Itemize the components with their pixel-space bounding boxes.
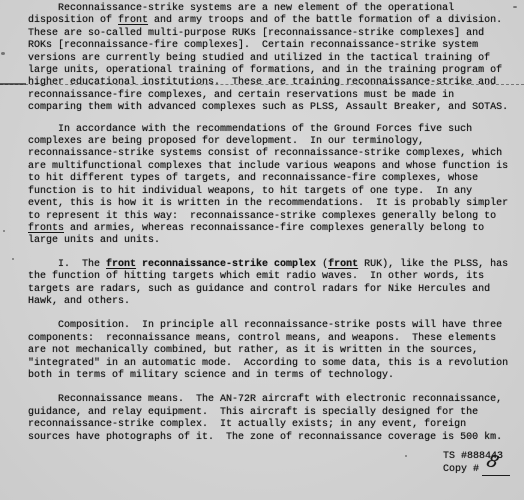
text-segment: Hawk, and others. <box>28 296 130 307</box>
scan-speck <box>513 6 517 8</box>
scan-speck <box>12 258 14 260</box>
text-segment: Composition. In principle all reconnaiss… <box>28 320 502 331</box>
text-line: targets are radars, such as guidance and… <box>28 284 520 296</box>
text-segment: guidance, and relay equipment. This airc… <box>28 407 478 418</box>
text-segment: higher educational institutions. These a… <box>28 77 496 88</box>
text-line: components: reconnaissance means, contro… <box>28 333 520 345</box>
scan-speck <box>3 230 5 232</box>
text-segment: Reconnaissance-strike systems are a new … <box>28 3 454 14</box>
text-segment: "integrated" in an automatic mode. Accor… <box>28 358 508 369</box>
paragraph: Reconnaissance means. The AN-72R aircraf… <box>28 394 520 444</box>
text-line: comparing them with advanced complexes s… <box>28 102 520 114</box>
text-line: Hawk, and others. <box>28 296 520 308</box>
underlined-text: front <box>118 15 148 26</box>
text-line: I. The front reconnaissance-strike compl… <box>28 259 520 271</box>
text-line: sources have photographs of it. The zone… <box>28 432 520 444</box>
copy-label: Copy # <box>443 463 479 476</box>
text-segment: These are so-called multi-purpose RUKs [… <box>28 28 484 39</box>
underlined-text: front <box>328 259 358 270</box>
text-segment: complexes are being proposed for develop… <box>28 136 424 147</box>
text-segment: I. The <box>28 259 106 270</box>
text-line: ROKs [reconnaissance-fire complexes]. Ce… <box>28 40 520 52</box>
text-line: to represent it this way: reconnaissance… <box>28 211 520 223</box>
text-segment: and armies, whereas reconnaissance-fire … <box>64 223 484 234</box>
text-line: reconnaissance-strike complex. It actual… <box>28 419 520 431</box>
text-segment: Reconnaissance means. The AN-72R aircraf… <box>28 394 502 405</box>
underlined-text: fronts <box>28 223 64 234</box>
text-line: versions are currently being studied and… <box>28 53 520 65</box>
text-line: complexes are being proposed for develop… <box>28 136 520 148</box>
text-segment: reconnaissance-strike complex <box>136 259 316 270</box>
text-segment: disposition of <box>28 15 118 26</box>
paragraph: I. The front reconnaissance-strike compl… <box>28 259 520 309</box>
text-line: are multifunctional complexes that inclu… <box>28 161 520 173</box>
text-line: function is to hit individual weapons, t… <box>28 186 520 198</box>
text-line: fronts and armies, whereas reconnaissanc… <box>28 223 520 235</box>
text-line: guidance, and relay equipment. This airc… <box>28 407 520 419</box>
text-segment: are not mechanically combined, but rathe… <box>28 345 478 356</box>
paragraph: In accordance with the recommendations o… <box>28 124 520 248</box>
text-line: reconnaissance-fire complexes, and certa… <box>28 90 520 102</box>
text-segment: comparing them with advanced complexes s… <box>28 102 508 113</box>
text-line: both in terms of military science and in… <box>28 370 520 382</box>
text-segment: sources have photographs of it. The zone… <box>28 432 502 443</box>
text-line: to hit different types of targets, and r… <box>28 173 520 185</box>
text-segment: both in terms of military science and in… <box>28 370 394 381</box>
text-segment: large units and units. <box>28 235 160 246</box>
underlined-text: front <box>106 259 136 270</box>
text-line: These are so-called multi-purpose RUKs [… <box>28 28 520 40</box>
text-segment: In accordance with the recommendations o… <box>28 124 472 135</box>
text-line: disposition of front and army troops and… <box>28 15 520 27</box>
text-segment: event, this is how it is written in the … <box>28 198 508 209</box>
text-line: Reconnaissance means. The AN-72R aircraf… <box>28 394 520 406</box>
document-text: Reconnaissance-strike systems are a new … <box>28 3 520 444</box>
text-segment: reconnaissance-fire complexes, and certa… <box>28 90 454 101</box>
text-segment: RUK), like the PLSS, has <box>358 259 508 270</box>
paragraph: Composition. In principle all reconnaiss… <box>28 320 520 382</box>
text-segment: targets are radars, such as guidance and… <box>28 284 490 295</box>
text-line: event, this is how it is written in the … <box>28 198 520 210</box>
text-line: reconnaissance-strike systems consist of… <box>28 148 520 160</box>
text-segment: ROKs [reconnaissance-fire complexes]. Ce… <box>28 40 478 51</box>
text-line: "integrated" in an automatic mode. Accor… <box>28 358 520 370</box>
text-segment: components: reconnaissance means, contro… <box>28 333 496 344</box>
text-segment: versions are currently being studied and… <box>28 53 490 64</box>
text-segment: and army troops and of the battle format… <box>148 15 502 26</box>
text-line-struck-through: higher educational institutions. These a… <box>28 77 520 89</box>
text-line: are not mechanically combined, but rathe… <box>28 345 520 357</box>
text-line: Composition. In principle all reconnaiss… <box>28 320 520 332</box>
text-line: Reconnaissance-strike systems are a new … <box>28 3 520 15</box>
text-segment: are multifunctional complexes that inclu… <box>28 161 508 172</box>
text-segment: reconnaissance-strike systems consist of… <box>28 148 502 159</box>
copy-row: Copy # 8 <box>443 463 510 476</box>
text-segment: function is to hit individual weapons, t… <box>28 186 472 197</box>
scan-speck <box>405 455 407 457</box>
text-line: the function of hitting targets which em… <box>28 271 520 283</box>
text-segment: the function of hitting targets which em… <box>28 271 484 282</box>
text-line: large units and units. <box>28 235 520 247</box>
copy-number-line: 8 <box>482 463 510 476</box>
paragraph: Reconnaissance-strike systems are a new … <box>28 3 520 115</box>
text-segment: to hit different types of targets, and r… <box>28 173 478 184</box>
text-line: In accordance with the recommendations o… <box>28 124 520 136</box>
document-footer: TS #888443 Copy # 8 <box>443 450 510 476</box>
text-segment: large units, operational training of for… <box>28 65 502 76</box>
text-segment: reconnaissance-strike complex. It actual… <box>28 419 466 430</box>
scanned-page: Reconnaissance-strike systems are a new … <box>0 0 524 500</box>
text-line: large units, operational training of for… <box>28 65 520 77</box>
text-segment: to represent it this way: reconnaissance… <box>28 211 496 222</box>
scan-speck <box>1 52 5 55</box>
text-segment: ( <box>316 259 328 270</box>
